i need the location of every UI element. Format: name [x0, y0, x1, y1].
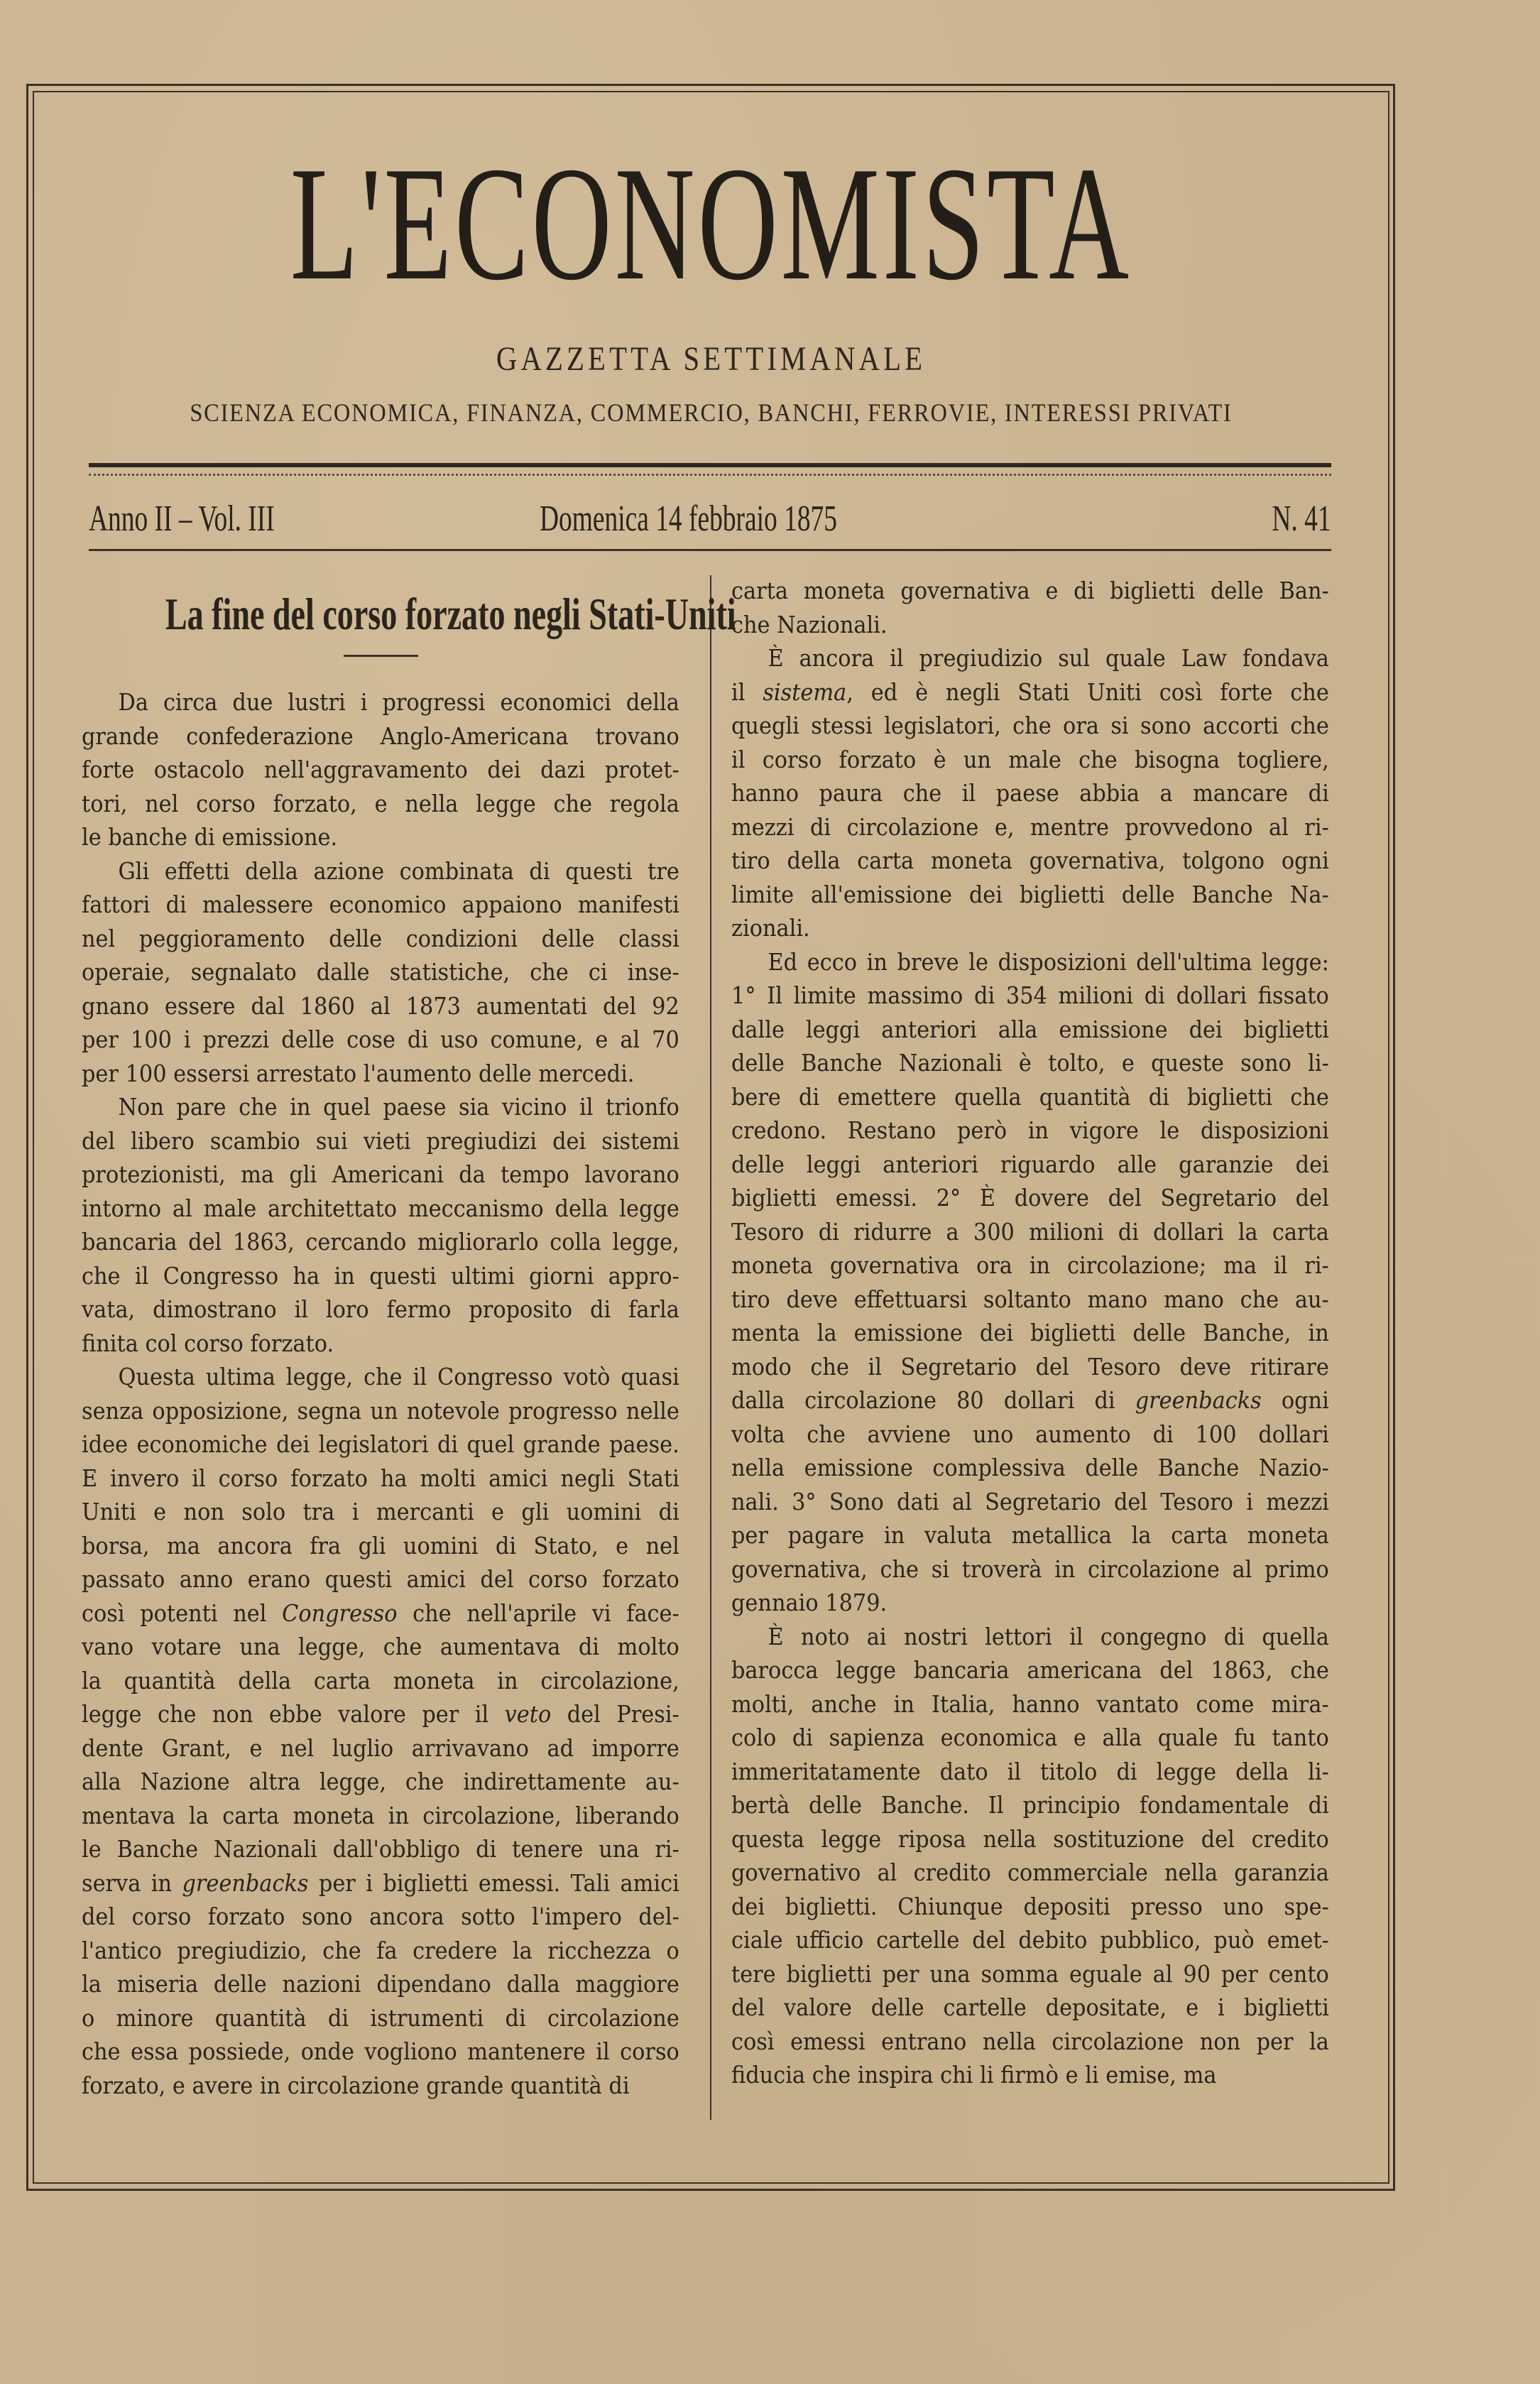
text-line: così emessi entrano nella circolazione n…	[731, 2025, 1329, 2059]
paragraph: È ancora il pregiudizio sul quale Law fo…	[731, 641, 1329, 945]
text-line: governativo al credito commerciale nella…	[731, 1856, 1329, 1890]
paragraph: Gli effetti della azione combinata di qu…	[82, 854, 679, 1091]
text-line: senza opposizione, segna un notevole pro…	[82, 1394, 679, 1428]
text-line: passato anno erano questi amici del cors…	[82, 1562, 679, 1596]
paragraph: Ed ecco in breve le disposizioni dell'ul…	[731, 945, 1329, 1620]
text-line: alla Nazione altra legge, che indirettam…	[82, 1765, 679, 1799]
header-rule-dotted	[89, 474, 1331, 476]
text-line: bertà delle Banche. Il principio fondame…	[731, 1788, 1329, 1822]
text-line: la quantità della carta moneta in circol…	[82, 1664, 679, 1698]
text-line: borsa, ma ancora fra gli uomini di Stato…	[82, 1529, 679, 1563]
text-line: questa legge riposa nella sostituzione d…	[731, 1822, 1329, 1856]
text-line: immeritatamente dato il titolo di legge …	[731, 1755, 1329, 1789]
paragraph: Non pare che in quel paese sia vicino il…	[82, 1090, 679, 1360]
text-line: dalla circolazione 80 dollari di greenba…	[731, 1383, 1329, 1417]
text-line: la miseria delle nazioni dipendano dalla…	[82, 1967, 679, 2001]
text-line: Da circa due lustri i progressi economic…	[82, 685, 679, 719]
column-divider	[710, 575, 711, 2120]
paragraph: È noto ai nostri lettori il congegno di …	[731, 1620, 1329, 2092]
masthead-subtitle: GAZZETTA SETTIMANALE	[107, 339, 1316, 379]
text-line: tori, nel corso forzato, e nella legge c…	[82, 787, 679, 821]
text-line: Tesoro di ridurre a 300 milioni di dolla…	[731, 1215, 1329, 1249]
text-line: tiro deve effettuarsi soltanto mano mano…	[731, 1283, 1329, 1317]
text-line: nali. 3° Sono dati al Segretario del Tes…	[731, 1485, 1329, 1519]
text-line: governativa, che si troverà in circolazi…	[731, 1552, 1329, 1586]
text-line: del libero scambio sui vieti pregiudizi …	[82, 1124, 679, 1158]
text-line: l'antico pregiudizio, che fa credere la …	[82, 1934, 679, 1968]
text-line: le banche di emissione.	[82, 820, 679, 854]
text-line: fattori di malessere economico appaiono …	[82, 888, 679, 922]
masthead-title: L'ECONOMISTA	[227, 135, 1194, 312]
text-line: hanno paura che il paese abbia a mancare…	[731, 776, 1329, 810]
text-line: 1° Il limite massimo di 354 milioni di d…	[731, 979, 1329, 1013]
text-line: le Banche Nazionali dall'obbligo di tene…	[82, 1832, 679, 1866]
text-line: forzato, e avere in circolazione grande …	[82, 2069, 679, 2103]
text-line: Ed ecco in breve le disposizioni dell'ul…	[731, 945, 1329, 979]
text-line: È noto ai nostri lettori il congegno di …	[731, 1620, 1329, 1654]
text-line: legge che non ebbe valore per il veto de…	[82, 1697, 679, 1731]
text-line: del valore delle cartelle depositate, e …	[731, 1991, 1329, 2025]
text-line: gnano essere dal 1860 al 1873 aumentati …	[82, 989, 679, 1023]
article-column-right: carta moneta governativa e di biglietti …	[731, 574, 1329, 2092]
text-line: così potenti nel Congresso che nell'apri…	[82, 1596, 679, 1631]
article-title: La fine del corso forzato negli Stati-Un…	[165, 582, 596, 646]
left-column-text: Da circa due lustri i progressi economic…	[82, 685, 679, 2102]
text-line: molti, anche in Italia, hanno vantato co…	[731, 1687, 1329, 1721]
text-line: tiro della carta moneta governativa, tol…	[731, 844, 1329, 878]
text-line: tere biglietti per una somma eguale al 9…	[731, 1957, 1329, 1991]
text-line: per 100 i prezzi delle cose di uso comun…	[82, 1023, 679, 1057]
text-line: Uniti e non solo tra i mercanti e gli uo…	[82, 1495, 679, 1529]
text-line: moneta governativa ora in circolazione; …	[731, 1248, 1329, 1283]
text-line: Gli effetti della azione combinata di qu…	[82, 854, 679, 888]
right-column-text: carta moneta governativa e di biglietti …	[731, 574, 1329, 2092]
text-line: idee economiche dei legislatori di quel …	[82, 1427, 679, 1462]
text-line: vata, dimostrano il loro fermo proposito…	[82, 1292, 679, 1327]
text-line: Non pare che in quel paese sia vicino il…	[82, 1090, 679, 1124]
text-line: barocca legge bancaria americana del 186…	[731, 1653, 1329, 1687]
text-line: il sistema, ed è negli Stati Uniti così …	[731, 675, 1329, 709]
text-line: dei biglietti. Chiunque depositi presso …	[731, 1890, 1329, 1924]
header-rule-bottom	[89, 549, 1331, 551]
text-line: bere di emettere quella quantità di bigl…	[731, 1080, 1329, 1114]
paragraph: carta moneta governativa e di biglietti …	[731, 574, 1329, 641]
text-line: E invero il corso forzato ha molti amici…	[82, 1462, 679, 1496]
masthead-topics: SCIENZA ECONOMICA, FINANZA, COMMERCIO, B…	[71, 398, 1351, 428]
text-line: colo di sapienza economica e alla quale …	[731, 1721, 1329, 1755]
text-line: che Nazionali.	[731, 608, 1329, 642]
text-line: mezzi di circolazione e, mentre provvedo…	[731, 810, 1329, 844]
text-line: grande confederazione Anglo-Americana tr…	[82, 719, 679, 753]
text-line: biglietti emessi. 2° È dovere del Segret…	[731, 1181, 1329, 1215]
text-line: serva in greenbacks per i biglietti emes…	[82, 1866, 679, 1900]
text-line: protezionisti, ma gli Americani da tempo…	[82, 1158, 679, 1192]
text-line: credono. Restano però in vigore le dispo…	[731, 1114, 1329, 1148]
paragraph: Questa ultima legge, che il Congresso vo…	[82, 1360, 679, 2102]
title-rule	[344, 655, 418, 657]
article-column-left: La fine del corso forzato negli Stati-Un…	[82, 582, 679, 2102]
text-line: operaie, segnalato dalle statistiche, ch…	[82, 955, 679, 989]
text-line: fiducia che inspira chi li firmò e li em…	[731, 2058, 1329, 2092]
text-line: menta la emissione dei biglietti delle B…	[731, 1316, 1329, 1350]
text-line: gennaio 1879.	[731, 1586, 1329, 1620]
paragraph: Da circa due lustri i progressi economic…	[82, 685, 679, 854]
text-line: volta che avviene uno aumento di 100 dol…	[731, 1417, 1329, 1452]
text-line: limite all'emissione dei biglietti delle…	[731, 878, 1329, 912]
issue-volume: Anno II – Vol. III	[89, 494, 275, 544]
issue-number: N. 41	[1272, 494, 1331, 544]
text-line: intorno al male architettato meccanismo …	[82, 1192, 679, 1226]
issue-info-row: Anno II – Vol. III Domenica 14 febbraio …	[89, 494, 1331, 544]
header-rule-thick	[89, 463, 1331, 467]
text-line: per 100 essersi arrestato l'aumento dell…	[82, 1057, 679, 1091]
text-line: delle Banche Nazionali è tolto, e queste…	[731, 1046, 1329, 1080]
text-line: quegli stessi legislatori, che ora si so…	[731, 709, 1329, 743]
text-line: delle leggi anteriori riguardo alle gara…	[731, 1148, 1329, 1182]
text-line: il corso forzato è un male che bisogna t…	[731, 743, 1329, 777]
text-line: zionali.	[731, 911, 1329, 945]
text-line: mentava la carta moneta in circolazione,…	[82, 1799, 679, 1833]
text-line: per pagare in valuta metallica la carta …	[731, 1518, 1329, 1552]
text-line: che il Congresso ha in questi ultimi gio…	[82, 1259, 679, 1293]
text-line: nel peggioramento delle condizioni delle…	[82, 922, 679, 956]
text-line: del corso forzato sono ancora sotto l'im…	[82, 1900, 679, 1934]
text-line: dalle leggi anteriori alla emissione dei…	[731, 1013, 1329, 1047]
text-line: Questa ultima legge, che il Congresso vo…	[82, 1360, 679, 1394]
text-line: dente Grant, e nel luglio arrivavano ad …	[82, 1731, 679, 1765]
issue-date: Domenica 14 febbraio 1875	[540, 494, 837, 544]
text-line: che essa possiede, onde vogliono mantene…	[82, 2035, 679, 2069]
text-line: È ancora il pregiudizio sul quale Law fo…	[731, 641, 1329, 675]
text-line: forte ostacolo nell'aggravamento dei daz…	[82, 753, 679, 787]
text-line: o minore quantità di istrumenti di circo…	[82, 2001, 679, 2035]
text-line: finita col corso forzato.	[82, 1327, 679, 1361]
text-line: vano votare una legge, che aumentava di …	[82, 1630, 679, 1664]
text-line: modo che il Segretario del Tesoro deve r…	[731, 1350, 1329, 1384]
text-line: nella emissione complessiva delle Banche…	[731, 1451, 1329, 1485]
text-line: bancaria del 1863, cercando migliorarlo …	[82, 1225, 679, 1259]
text-line: carta moneta governativa e di biglietti …	[731, 574, 1329, 608]
text-line: ciale ufficio cartelle del debito pubbli…	[731, 1923, 1329, 1957]
